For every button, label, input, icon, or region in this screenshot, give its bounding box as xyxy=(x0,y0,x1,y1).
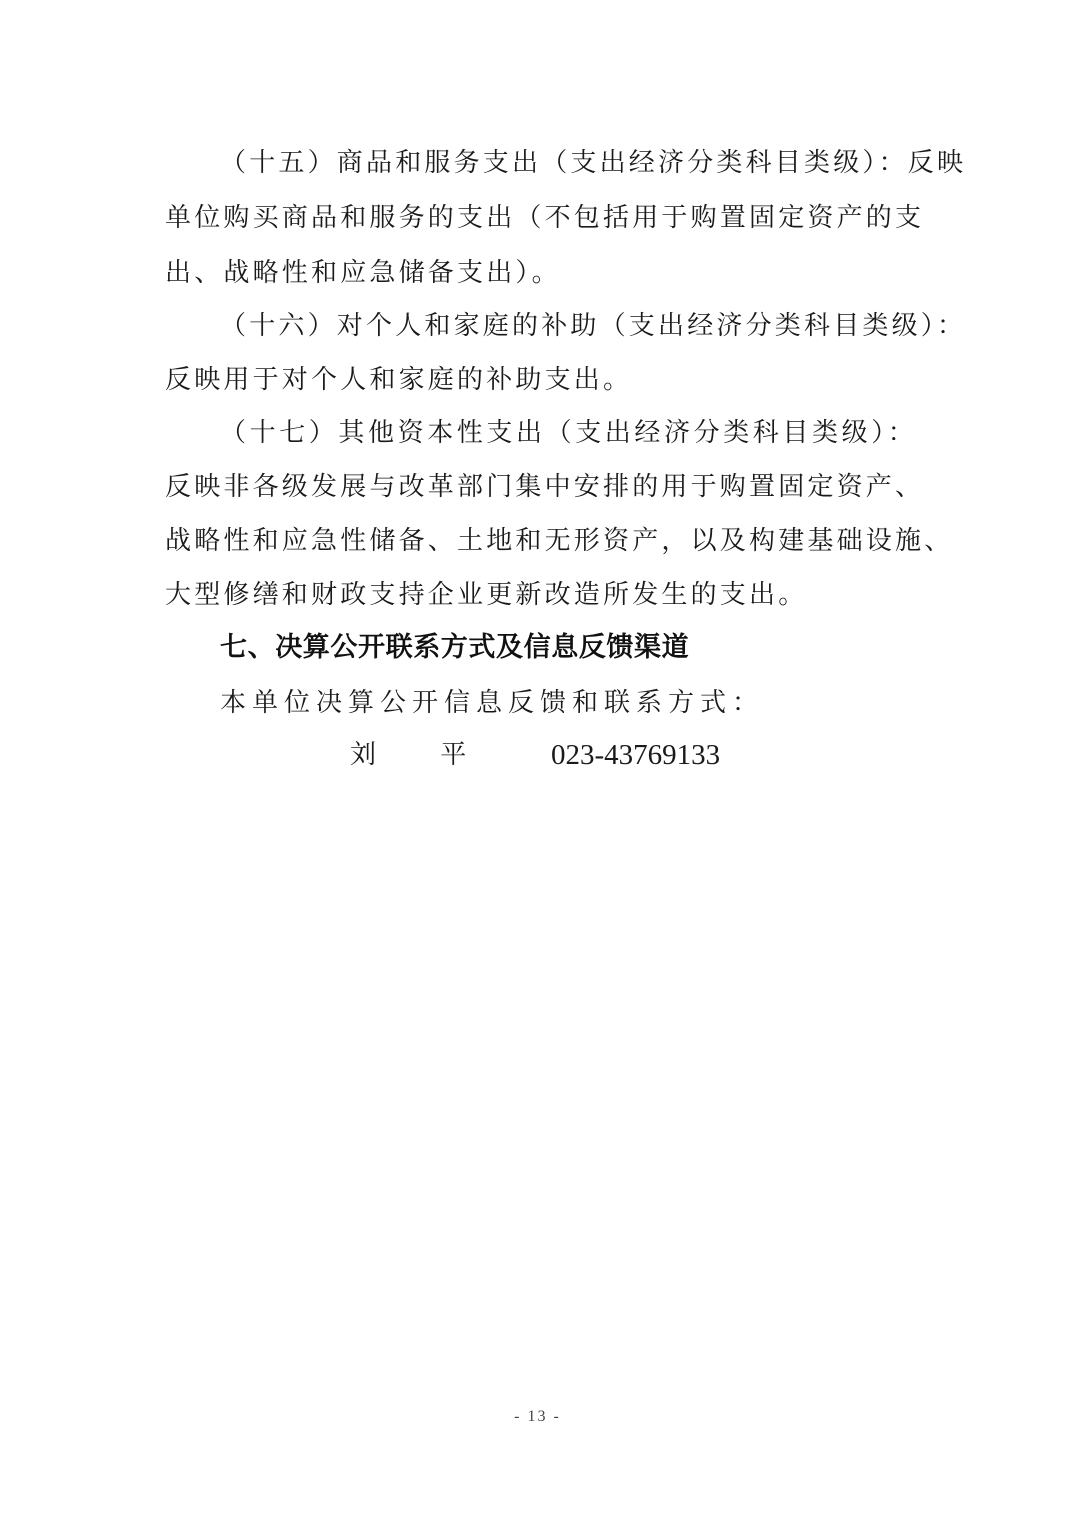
paragraph-item17-line2: 反映非各级发展与改革部门集中安排的用于购置固定资产、 xyxy=(165,469,917,505)
contact-intro: 本单位决算公开信息反馈和联系方式： xyxy=(220,685,764,721)
section-heading: 七、决算公开联系方式及信息反馈渠道 xyxy=(220,628,689,668)
paragraph-item16-line2: 反映用于对个人和家庭的补助支出。 xyxy=(165,362,917,398)
paragraph-item17-line4: 大型修缮和财政支持企业更新改造所发生的支出。 xyxy=(165,577,917,613)
paragraph-item16-line1: （十六）对个人和家庭的补助（支出经济分类科目类级）： xyxy=(220,308,917,344)
paragraph-item17-line3: 战略性和应急性储备、土地和无形资产，以及构建基础设施、 xyxy=(165,523,917,559)
document-page: （十五）商品和服务支出（支出经济分类科目类级）：反映 单位购买商品和服务的支出（… xyxy=(0,0,1075,1520)
paragraph-item15-line2: 单位购买商品和服务的支出（不包括用于购置固定资产的支 xyxy=(165,200,917,236)
contact-phone: 023-43769133 xyxy=(551,737,720,773)
paragraph-item15-line3: 出、战略性和应急储备支出）。 xyxy=(165,255,917,291)
contact-name: 刘 平 xyxy=(350,737,494,773)
paragraph-item17-line1: （十七）其他资本性支出（支出经济分类科目类级）： xyxy=(220,415,917,451)
paragraph-item15-line1: （十五）商品和服务支出（支出经济分类科目类级）：反映 xyxy=(220,145,917,181)
page-number: - 13 - xyxy=(0,1408,1075,1426)
